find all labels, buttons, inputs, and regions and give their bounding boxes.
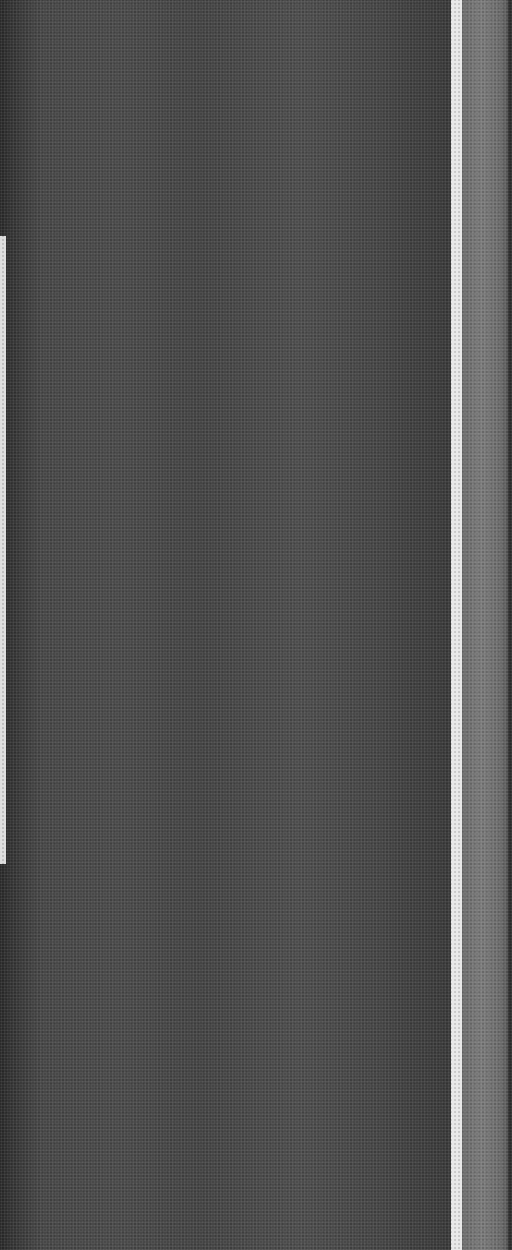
road-surface-image: [0, 0, 512, 1250]
road-shoulder: [462, 0, 512, 1250]
curb-edge: [508, 0, 512, 1250]
asphalt-surface: [0, 0, 512, 1250]
lane-dash-left: [0, 236, 6, 864]
